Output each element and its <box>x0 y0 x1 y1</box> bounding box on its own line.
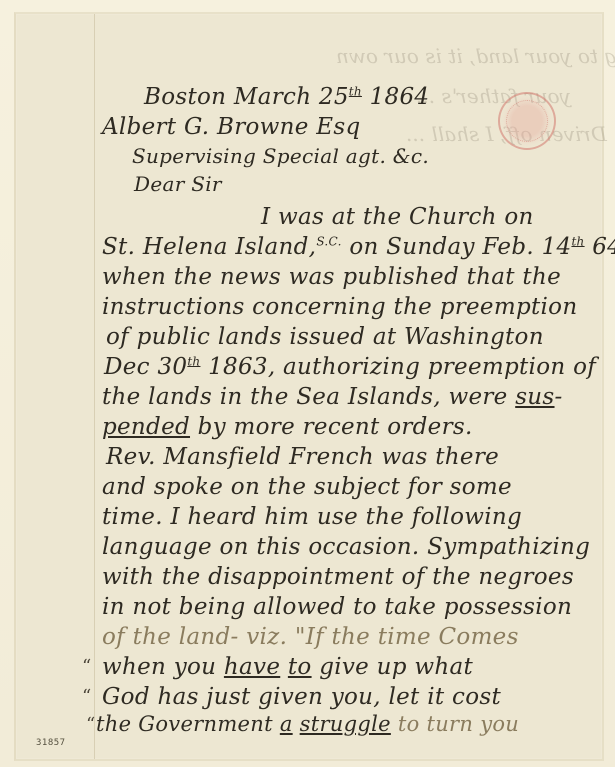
insertion-sc: S.C. <box>316 234 341 248</box>
addressee-title: Supervising Special agt. &c. <box>132 144 429 168</box>
text-part: - <box>555 384 563 410</box>
underlined-text: have <box>224 654 280 680</box>
body-line: Dec 30th 1863, authorizing preemption of <box>104 354 596 380</box>
body-line: when the news was published that the <box>102 264 561 290</box>
margin-quote-mark: “ <box>86 714 95 735</box>
body-line: of the land- viz. "If the time Comes <box>102 624 519 650</box>
text-part: 64 <box>585 234 615 260</box>
body-line: I was at the Church on <box>261 204 534 230</box>
text-part: give up what <box>312 654 474 680</box>
library-seal-stamp-icon <box>498 92 556 150</box>
body-line: in not being allowed to take possession <box>102 594 572 620</box>
text-part <box>293 712 300 736</box>
text-part: by more recent orders. <box>190 414 473 440</box>
text-part: the Government <box>96 712 280 736</box>
margin-quote-mark: “ <box>82 656 91 677</box>
underlined-text: struggle <box>300 712 391 736</box>
margin-quote-mark: “ <box>82 686 91 707</box>
underlined-text: sus <box>515 384 554 410</box>
body-line: the Government a struggle to turn you <box>96 712 519 736</box>
bleed-through-text: ll Cling to your land, it is our own <box>336 44 615 68</box>
addressee-name: Albert G. Browne Esq <box>102 114 361 140</box>
text-part: 1863, authorizing preemption of <box>200 354 596 380</box>
body-line: St. Helena Island,S.C. on Sunday Feb. 14… <box>102 234 615 260</box>
body-line: when you have to give up what <box>102 654 473 680</box>
place-date-line: Boston March 25th 1864 <box>144 84 429 110</box>
letter-page: ll Cling to your land, it is our own you… <box>14 12 604 761</box>
salutation: Dear Sir <box>134 172 222 196</box>
place-date: Boston March 25 <box>144 84 349 110</box>
text-part: on Sunday Feb. 14 <box>342 234 572 260</box>
body-line: the lands in the Sea Islands, were sus- <box>102 384 563 410</box>
underlined-text: to <box>288 654 312 680</box>
body-line: instructions concerning the preemption <box>102 294 577 320</box>
year: 1864 <box>370 84 430 110</box>
body-line: time. I heard him use the following <box>102 504 522 530</box>
margin-rule <box>94 14 95 759</box>
body-line: and spoke on the subject for some <box>102 474 512 500</box>
text-part <box>280 654 288 680</box>
document-frame: ll Cling to your land, it is our own you… <box>0 0 615 767</box>
underlined-text: a <box>280 712 293 736</box>
body-line: language on this occasion. Sympathizing <box>102 534 590 560</box>
catalog-number: 31857 <box>36 738 66 748</box>
text-part: to turn you <box>391 712 519 736</box>
text-part: St. Helena Island, <box>102 234 316 260</box>
body-line: Rev. Mansfield French was there <box>106 444 499 470</box>
text-part: Dec 30 <box>104 354 187 380</box>
text-part: the lands in the Sea Islands, were <box>102 384 515 410</box>
text-part: when you <box>102 654 224 680</box>
underlined-text: pended <box>102 414 190 440</box>
body-line: God has just given you, let it cost <box>102 684 501 710</box>
body-line: pended by more recent orders. <box>102 414 473 440</box>
body-line: of public lands issued at Washington <box>106 324 544 350</box>
ordinal-suffix: th <box>187 354 200 368</box>
date-suffix: th <box>349 84 362 98</box>
ordinal-suffix: th <box>571 234 584 248</box>
body-line: with the disappointment of the negroes <box>102 564 574 590</box>
